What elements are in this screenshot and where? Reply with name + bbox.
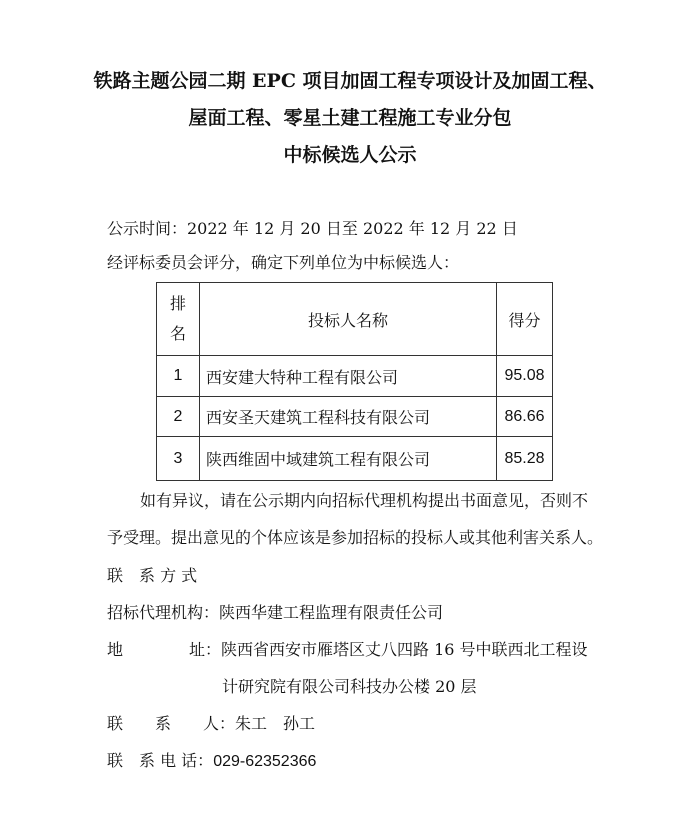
address-label-b: 址：: [189, 640, 221, 659]
person-label: 联 系 人：: [107, 714, 235, 733]
rank-cell: 1: [157, 356, 200, 397]
table-row: 3 陕西维固中域建筑工程有限公司 85.28: [157, 437, 553, 481]
address-label-a: 地: [107, 637, 123, 660]
objection-line-2: 予受理。提出意见的个体应该是参加招标的投标人或其他利害关系人。: [107, 525, 603, 548]
header-rank: 排名: [157, 283, 200, 356]
person-row: 联 系 人：朱工 孙工: [107, 711, 315, 734]
title-line-1: 铁路主题公园二期 EPC 项目加固工程专项设计及加固工程、: [0, 66, 700, 93]
title-line-3: 中标候选人公示: [0, 140, 700, 167]
intro-text: 经评标委员会评分，确定下列单位为中标候选人：: [107, 250, 459, 273]
agency-row: 招标代理机构：陕西华建工程监理有限责任公司: [107, 600, 443, 623]
bidder-name-cell: 陕西维固中域建筑工程有限公司: [200, 437, 497, 481]
address-row: 址：陕西省西安市雁塔区丈八四路 16 号中联西北工程设: [189, 637, 588, 660]
agency-value: 陕西华建工程监理有限责任公司: [219, 603, 443, 622]
agency-label: 招标代理机构：: [107, 603, 219, 622]
bidder-name-cell: 西安圣天建筑工程科技有限公司: [200, 397, 497, 437]
rank-cell: 3: [157, 437, 200, 481]
contact-heading: 联 系 方 式: [107, 563, 197, 586]
rank-cell: 2: [157, 397, 200, 437]
address-line-1: 陕西省西安市雁塔区丈八四路 16 号中联西北工程设: [221, 640, 588, 659]
header-bidder-name: 投标人名称: [200, 283, 497, 356]
table-row: 1 西安建大特种工程有限公司 95.08: [157, 356, 553, 397]
header-score: 得分: [497, 283, 553, 356]
title-line-2: 屋面工程、零星土建工程施工专业分包: [0, 103, 700, 130]
score-cell: 86.66: [497, 397, 553, 437]
person-value: 朱工 孙工: [235, 714, 315, 733]
candidates-table: 排名 投标人名称 得分 1 西安建大特种工程有限公司 95.08 2 西安圣天建…: [156, 282, 553, 481]
phone-value: 029-62352366: [213, 753, 316, 770]
table-row: 2 西安圣天建筑工程科技有限公司 86.66: [157, 397, 553, 437]
notice-period: 公示时间：2022 年 12 月 20 日至 2022 年 12 月 22 日: [107, 216, 518, 239]
table-header-row: 排名 投标人名称 得分: [157, 283, 553, 356]
phone-label: 联 系 电 话：: [107, 751, 213, 770]
score-cell: 85.28: [497, 437, 553, 481]
score-cell: 95.08: [497, 356, 553, 397]
address-line-2: 计研究院有限公司科技办公楼 20 层: [222, 674, 477, 697]
bidder-name-cell: 西安建大特种工程有限公司: [200, 356, 497, 397]
objection-line-1: 如有异议，请在公示期内向招标代理机构提出书面意见，否则不: [140, 488, 588, 511]
phone-row: 联 系 电 话：029-62352366: [107, 748, 316, 771]
